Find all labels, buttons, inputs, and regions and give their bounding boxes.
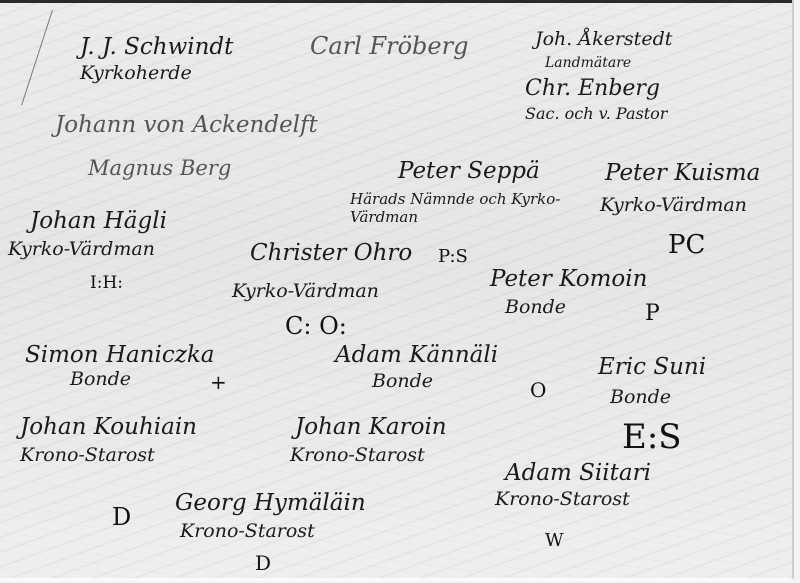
signature-enberg-name: Chr. Enberg <box>525 78 660 100</box>
mark-d-georg: D <box>255 553 271 573</box>
signature-christer-title: Kyrko-Värdman <box>232 282 379 301</box>
page-top-edge <box>0 0 792 3</box>
signature-kuisma-title: Kyrko-Värdman <box>600 196 747 215</box>
signature-haniczka-name: Simon Haniczka <box>25 344 214 367</box>
signature-hagli-title: Kyrko-Värdman <box>8 240 155 259</box>
mark-co: C: O: <box>285 314 347 338</box>
signature-enberg-title: Sac. och v. Pastor <box>525 106 667 122</box>
mark-o: O <box>530 380 546 400</box>
document-page: J. J. Schwindt Kyrkoherde Carl Fröberg J… <box>0 0 794 581</box>
mark-d-kouhiain: D <box>112 505 131 529</box>
faint-arrow-line <box>21 10 53 105</box>
signature-berg-name: Magnus Berg <box>88 158 231 179</box>
mark-cross: + <box>210 372 227 392</box>
signature-karoin-title: Krono-Starost <box>290 446 425 465</box>
mark-ih: I:H: <box>90 275 123 292</box>
signature-haniczka-title: Bonde <box>70 370 131 389</box>
signature-akerstedt-title: Landmätare <box>545 56 631 70</box>
signature-ackendelft-name: Johann von Ackendelft <box>55 114 318 137</box>
mark-es: E:S <box>622 420 682 454</box>
signature-christer-name: Christer Ohro <box>250 242 412 265</box>
signature-komoin-name: Peter Komoin <box>490 268 647 291</box>
signature-kannali-name: Adam Kännäli <box>335 344 498 367</box>
signature-schwindt-title: Kyrkoherde <box>80 64 192 83</box>
signature-hymalain-title: Krono-Starost <box>180 522 315 541</box>
signature-kannali-title: Bonde <box>372 372 433 391</box>
signature-kouhiain-name: Johan Kouhiain <box>20 416 197 439</box>
mark-ps: P:S <box>438 248 468 266</box>
signature-akerstedt-name: Joh. Åkerstedt <box>535 30 672 49</box>
signature-kuisma-name: Peter Kuisma <box>605 162 760 185</box>
signature-karoin-name: Johan Karoin <box>295 416 447 439</box>
signature-komoin-title: Bonde <box>505 298 566 317</box>
signature-hymalain-name: Georg Hymäläin <box>175 492 366 515</box>
signature-schwindt-name: J. J. Schwindt <box>80 36 233 59</box>
signature-seppa-name: Peter Seppä <box>398 160 540 183</box>
signature-kouhiain-title: Krono-Starost <box>20 446 155 465</box>
signature-siitari-title: Krono-Starost <box>495 490 630 509</box>
signature-suni-title: Bonde <box>610 388 671 407</box>
signature-seppa-title: Härads Nämnde och Kyrko-Värdman <box>350 190 570 226</box>
signature-siitari-name: Adam Siitari <box>505 462 651 485</box>
signature-suni-name: Eric Suni <box>598 356 706 379</box>
signature-hagli-name: Johan Hägli <box>30 210 167 233</box>
mark-p: P <box>645 303 660 325</box>
signature-froberg-name: Carl Fröberg <box>310 34 468 58</box>
mark-pc: PC <box>668 232 705 258</box>
mark-w: W <box>545 532 564 550</box>
